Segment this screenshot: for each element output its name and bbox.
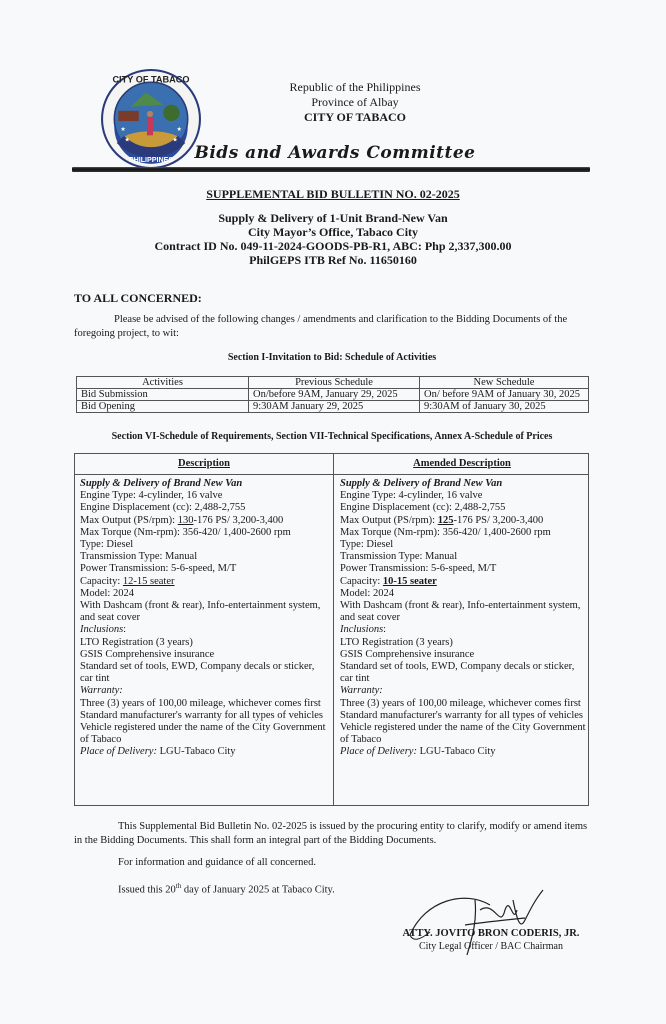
spec-heading: Supply & Delivery of Brand New Van	[340, 478, 588, 490]
svg-text:PHILIPPINES: PHILIPPINES	[129, 156, 174, 164]
place-of-delivery: Place of Delivery: LGU-Tabaco City	[340, 746, 588, 758]
contract-id: Contract ID No. 049-11-2024-GOODS-PB-R1,…	[80, 239, 586, 253]
warranty-label: Warranty:	[340, 685, 588, 697]
signatory-title: City Legal Officer / BAC Chairman	[386, 941, 596, 952]
spec-type: Type: Diesel	[340, 539, 588, 551]
table-row: Bid Opening 9:30AM January 29, 2025 9:30…	[77, 401, 589, 413]
spec-capacity: Capacity: 12-15 seater	[80, 576, 328, 588]
spec-label: Capacity:	[340, 576, 383, 587]
spec-power-transmission: Power Transmission: 5-6-speed, M/T	[80, 563, 328, 575]
warranty-item: Vehicle registered under the name of the…	[80, 722, 328, 746]
inclusion-item: GSIS Comprehensive insurance	[80, 649, 328, 661]
col-amended-description: Amended Description	[333, 458, 591, 469]
new-cell: 9:30AM of January 30, 2025	[420, 401, 589, 413]
spec-model: Model: 2024	[340, 588, 588, 600]
spec-engine-type: Engine Type: 4-cylinder, 16 valve	[340, 490, 588, 502]
header-divider	[72, 167, 590, 172]
delivery-value: LGU-Tabaco City	[157, 746, 236, 757]
spec-label: Max Output (PS/rpm):	[80, 515, 178, 526]
project-block: Supply & Delivery of 1-Unit Brand-New Va…	[80, 211, 586, 267]
new-cell: On/ before 9AM of January 30, 2025	[420, 389, 589, 401]
spec-transmission-type: Transmission Type: Manual	[340, 551, 588, 563]
spec-dashcam: With Dashcam (front & rear), Info-entert…	[340, 600, 588, 624]
guidance-line: For information and guidance of all conc…	[118, 857, 316, 868]
inclusions-label-text: Inclusions	[80, 624, 123, 635]
spec-label: Capacity:	[80, 576, 123, 587]
issued-prefix: Issued this 20	[118, 885, 176, 896]
spec-model: Model: 2024	[80, 588, 328, 600]
committee-title: Bids and Awards Committee	[170, 143, 500, 163]
spec-max-torque: Max Torque (Nm-rpm): 356-420/ 1,400-2600…	[80, 527, 328, 539]
warranty-item: Standard manufacturer's warranty for all…	[340, 710, 588, 722]
delivery-label: Place of Delivery:	[80, 746, 157, 757]
warranty-label: Warranty:	[80, 685, 328, 697]
spec-power-transmission: Power Transmission: 5-6-speed, M/T	[340, 563, 588, 575]
warranty-item: Vehicle registered under the name of the…	[340, 722, 588, 746]
table-row: Bid Submission On/before 9AM, January 29…	[77, 389, 589, 401]
spec-max-output: Max Output (PS/rpm): 125-176 PS/ 3,200-3…	[340, 515, 588, 527]
spec-dashcam: With Dashcam (front & rear), Info-entert…	[80, 600, 328, 624]
warranty-item: Standard manufacturer's warranty for all…	[80, 710, 328, 722]
col-new-schedule: New Schedule	[420, 377, 589, 389]
issued-suffix: day of January 2025 at Tabaco City.	[181, 885, 335, 896]
closing-paragraph: This Supplemental Bid Bulletin No. 02-20…	[74, 820, 590, 848]
header-city: CITY OF TABACO	[200, 110, 510, 125]
description-table: Description Amended Description Supply &…	[74, 453, 589, 806]
schedule-header-row: Activities Previous Schedule New Schedul…	[77, 377, 589, 389]
intro-paragraph: Please be advised of the following chang…	[74, 313, 590, 341]
philgeps-ref: PhilGEPS ITB Ref No. 11650160	[80, 253, 586, 267]
changed-value: 10-15 seater	[383, 576, 437, 587]
inclusion-item: GSIS Comprehensive insurance	[340, 649, 588, 661]
section1-title: Section I-Invitation to Bid: Schedule of…	[74, 352, 590, 363]
inclusion-item: Standard set of tools, EWD, Company deca…	[340, 661, 588, 685]
changed-value: 130	[178, 515, 194, 526]
signatory-name: ATTY. JOVITO BRON CODERIS, JR.	[386, 928, 596, 939]
col-activities: Activities	[77, 377, 249, 389]
original-description: Supply & Delivery of Brand New Van Engin…	[80, 478, 328, 759]
changed-value: 12-15 seater	[123, 576, 175, 587]
spec-engine-type: Engine Type: 4-cylinder, 16 valve	[80, 490, 328, 502]
spec-displacement: Engine Displacement (cc): 2,488-2,755	[80, 502, 328, 514]
amended-description: Supply & Delivery of Brand New Van Engin…	[340, 478, 588, 759]
spec-type: Type: Diesel	[80, 539, 328, 551]
spec-value: -176 PS/ 3,200-3,400	[453, 515, 543, 526]
project-name: Supply & Delivery of 1-Unit Brand-New Va…	[80, 211, 586, 225]
delivery-label: Place of Delivery:	[340, 746, 417, 757]
warranty-item: Three (3) years of 100,00 mileage, which…	[340, 698, 588, 710]
spec-value: -176 PS/ 3,200-3,400	[193, 515, 283, 526]
svg-text:★: ★	[124, 136, 129, 143]
svg-text:CITY OF TABACO: CITY OF TABACO	[112, 74, 189, 84]
header-province: Province of Albay	[200, 95, 510, 110]
spec-displacement: Engine Displacement (cc): 2,488-2,755	[340, 502, 588, 514]
spec-max-output: Max Output (PS/rpm): 130-176 PS/ 3,200-3…	[80, 515, 328, 527]
header-address: Republic of the Philippines Province of …	[200, 80, 510, 125]
spec-heading: Supply & Delivery of Brand New Van	[80, 478, 328, 490]
delivery-value: LGU-Tabaco City	[417, 746, 496, 757]
schedule-table: Activities Previous Schedule New Schedul…	[76, 376, 589, 413]
spec-capacity: Capacity: 10-15 seater	[340, 576, 588, 588]
col-description: Description	[75, 458, 333, 469]
inclusion-item: LTO Registration (3 years)	[80, 637, 328, 649]
issued-line: Issued this 20th day of January 2025 at …	[118, 882, 335, 896]
activity-cell: Bid Submission	[77, 389, 249, 401]
changed-value: 125	[438, 515, 454, 526]
bulletin-title: SUPPLEMENTAL BID BULLETIN NO. 02-2025	[100, 187, 566, 202]
header-republic: Republic of the Philippines	[200, 80, 510, 95]
inclusions-label: Inclusions:	[80, 624, 328, 636]
column-divider	[333, 454, 334, 805]
project-office: City Mayor’s Office, Tabaco City	[80, 225, 586, 239]
svg-text:★: ★	[120, 126, 125, 133]
activity-cell: Bid Opening	[77, 401, 249, 413]
spec-label: Max Output (PS/rpm):	[340, 515, 438, 526]
inclusions-label-text: Inclusions	[340, 624, 383, 635]
inclusion-item: Standard set of tools, EWD, Company deca…	[80, 661, 328, 685]
inclusion-item: LTO Registration (3 years)	[340, 637, 588, 649]
place-of-delivery: Place of Delivery: LGU-Tabaco City	[80, 746, 328, 758]
salutation: TO ALL CONCERNED:	[74, 291, 202, 306]
warranty-item: Three (3) years of 100,00 mileage, which…	[80, 698, 328, 710]
previous-cell: On/before 9AM, January 29, 2025	[249, 389, 420, 401]
col-previous-schedule: Previous Schedule	[249, 377, 420, 389]
inclusions-label: Inclusions:	[340, 624, 588, 636]
section6-title: Section VI-Schedule of Requirements, Sec…	[74, 431, 590, 442]
previous-cell: 9:30AM January 29, 2025	[249, 401, 420, 413]
spec-transmission-type: Transmission Type: Manual	[80, 551, 328, 563]
svg-text:★: ★	[177, 126, 182, 133]
spec-max-torque: Max Torque (Nm-rpm): 356-420/ 1,400-2600…	[340, 527, 588, 539]
